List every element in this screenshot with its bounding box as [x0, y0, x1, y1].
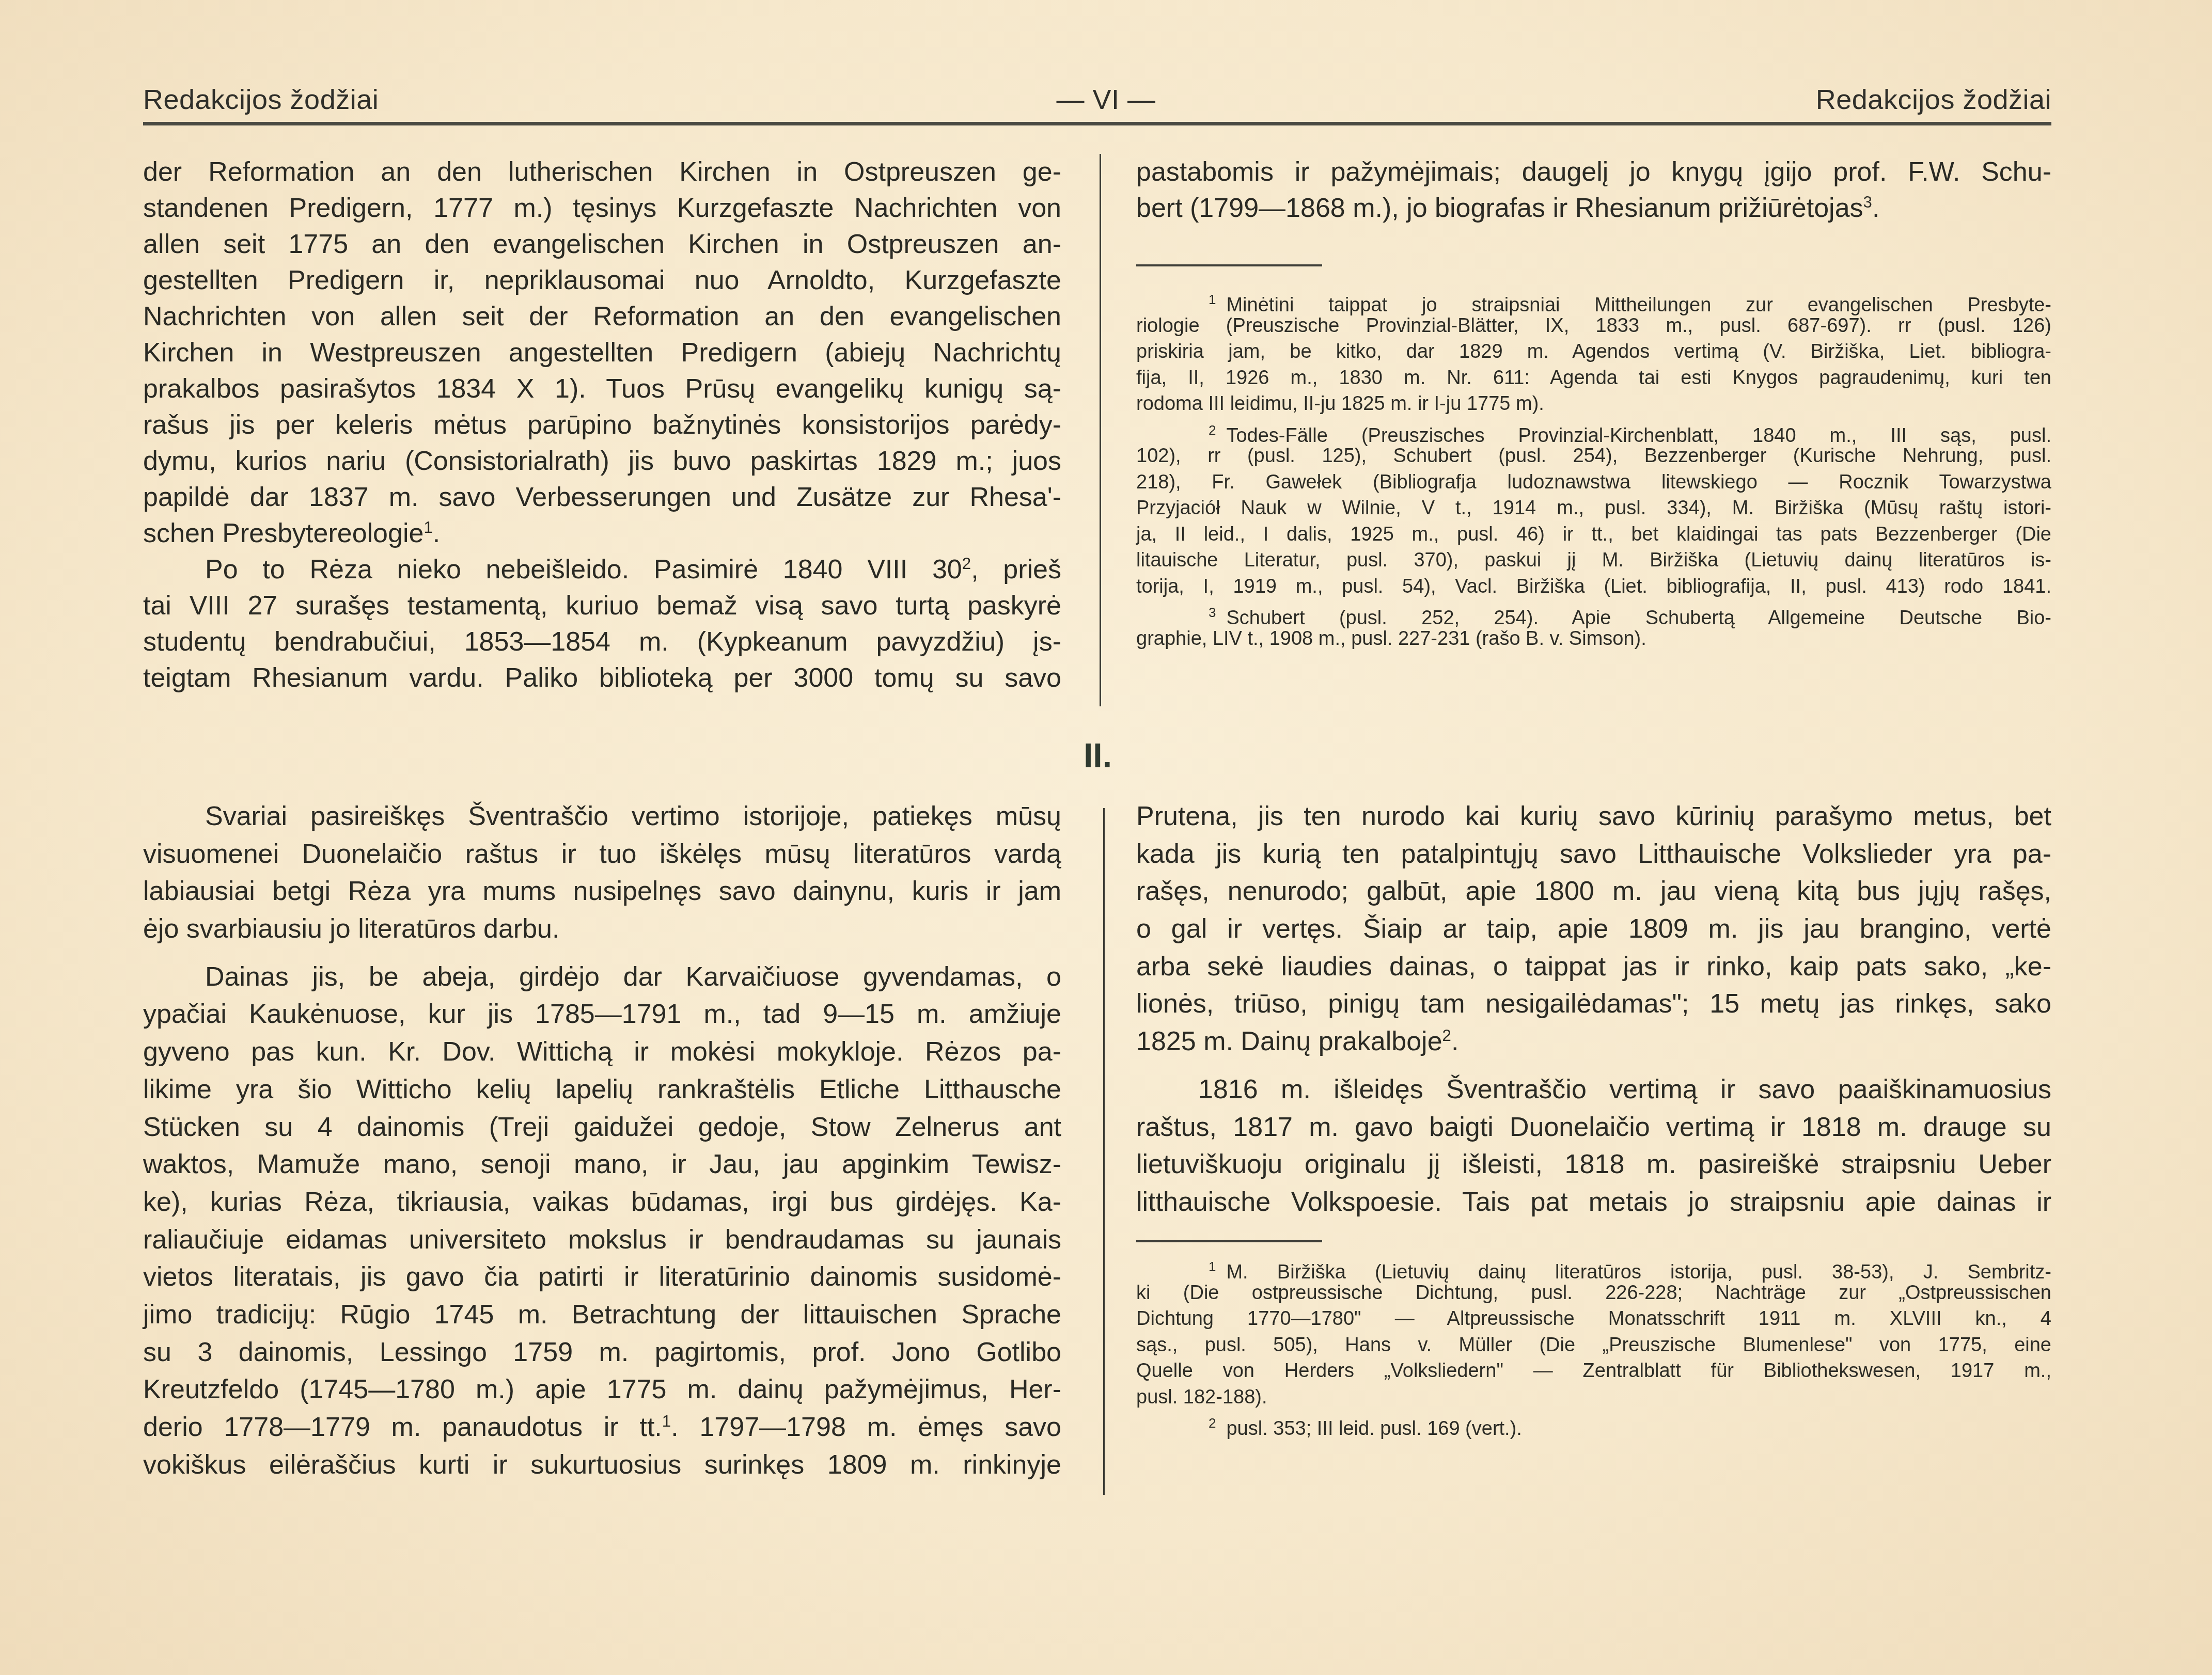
footnote-ref: 1 [423, 518, 432, 536]
footnote-rule-lower [1136, 1240, 1322, 1242]
text-line: su 3 dainomis, Lessingo 1759 m. pagirtom… [143, 1334, 1061, 1371]
text-line: 1825 m. Dainų prakalboje2. [1136, 1023, 2051, 1061]
footnote-ref: 2 [1442, 1026, 1451, 1045]
text-line: rašus jis per keleris mėtus parūpino baž… [143, 407, 1061, 443]
footnote-rule-upper [1136, 264, 1322, 266]
text-line: waktos, Mamuže mano, senoji mano, ir Jau… [143, 1146, 1061, 1183]
footnote-line: ki (Die ostpreussische Dichtung, pusl. 2… [1136, 1280, 2051, 1306]
footnote-line: Przyjaciół Nauk w Wilnie, V t., 1914 m.,… [1136, 495, 2051, 522]
header-rule [143, 122, 2051, 125]
footnote-line: sąs., pusl. 505), Hans v. Müller (Die „P… [1136, 1332, 2051, 1358]
text-line: prakalbos pasirašytos 1834 X 1). Tuos Pr… [143, 371, 1061, 407]
text-line: schen Presbytereologie1. [143, 515, 1061, 551]
text-line: Prutena, jis ten nurodo kai kurių savo k… [1136, 798, 2051, 835]
text-line: tai VIII 27 surašęs testamentą, kuriuo b… [143, 588, 1061, 624]
paragraph-gap [143, 948, 1061, 958]
text-line: Po to Rėza nieko nebeišleido. Pasimirė 1… [143, 551, 1061, 588]
column-divider-lower [1103, 808, 1105, 1495]
footnote-line: priskiria jam, be kitko, dar 1829 m. Age… [1136, 339, 2051, 365]
footnote-line: 102), rr (pusl. 125), Schubert (pusl. 25… [1136, 443, 2051, 469]
text-line: der Reformation an den lutherischen Kirc… [143, 154, 1061, 190]
footnote-number: 3 [1209, 605, 1216, 620]
upper-right-column: pastabomis ir pažymėjimais; daugelį jo k… [1136, 154, 2051, 226]
footnote-line: 218), Fr. Gawełek (Bibliografja ludoznaw… [1136, 469, 2051, 496]
text-line: ke), kurias Rėza, tikriausia, vaikas būd… [143, 1183, 1061, 1221]
column-divider-upper [1100, 154, 1101, 706]
text-line: allen seit 1775 an den evangelischen Kir… [143, 226, 1061, 262]
footnote-line: torija, I, 1919 m., pusl. 54), Vacl. Bir… [1136, 574, 2051, 600]
footnote-ref: 1 [662, 1412, 671, 1430]
footnote-number: 1 [1209, 1259, 1216, 1274]
footnote-line: Quelle von Herders „Volksliedern" — Zent… [1136, 1358, 2051, 1384]
text-line: jimo tradicijų: Rūgio 1745 m. Betrachtun… [143, 1296, 1061, 1334]
text-line: standenen Predigern, 1777 m.) tęsinys Ku… [143, 190, 1061, 226]
text-line: Kirchen in Westpreuszen angestellten Pre… [143, 335, 1061, 371]
text-line: Svariai pasireiškęs Šventraščio vertimo … [143, 798, 1061, 835]
text-line: litthauische Volkspoesie. Tais pat metai… [1136, 1183, 2051, 1221]
text-line: teigtam Rhesianum vardu. Paliko bibliote… [143, 660, 1061, 696]
footnote-line: riologie (Preuszische Provinzial-Blätter… [1136, 313, 2051, 339]
footnote-line: rodoma III leidimu, II-ju 1825 m. ir I-j… [1136, 391, 2051, 417]
upper-left-column: der Reformation an den lutherischen Kirc… [143, 154, 1061, 696]
text-line: arba sekė liaudies dainas, o taippat jas… [1136, 948, 2051, 986]
footnote-line: 3Schubert (pusl. 252, 254). Apie Schuber… [1136, 599, 2051, 626]
text-line: ypačiai Kaukėnuose, kur jis 1785—1791 m.… [143, 995, 1061, 1033]
text-line: Nachrichten von allen seit der Reformati… [143, 298, 1061, 335]
footnote-line: 2Todes-Fälle (Preuszisches Provinzial-Ki… [1136, 417, 2051, 444]
text-line: rašęs, nenurodo; galbūt, apie 1800 m. ja… [1136, 873, 2051, 910]
footnote-line: litauische Literatur, pusl. 370), paskui… [1136, 547, 2051, 574]
text-line: gestellten Predigern ir, nepriklausomai … [143, 262, 1061, 298]
text-line: Dainas jis, be abeja, girdėjo dar Karvai… [143, 958, 1061, 996]
text-line: vietos literatais, jis gavo čia patirti … [143, 1258, 1061, 1296]
section-number: II. [1084, 736, 1112, 775]
text-line: lionės, triūso, pinigų tam nesigailėdama… [1136, 985, 2051, 1023]
text-line: dymu, kurios nariu (Consistorialrath) ji… [143, 443, 1061, 479]
footnote-number: 2 [1209, 422, 1216, 438]
text-line: Stücken su 4 dainomis (Treji gaidužei ge… [143, 1109, 1061, 1146]
footnote-number: 2 [1209, 1415, 1216, 1431]
text-line: visuomenei Duonelaičio raštus ir tuo išk… [143, 835, 1061, 873]
running-header-right: Redakcijos žodžiai [1816, 84, 2051, 116]
text-line: vokiškus eilėraščius kurti ir sukurtuosi… [143, 1446, 1061, 1484]
footnote-number: 1 [1209, 292, 1216, 307]
lower-footnotes: 1M. Biržiška (Lietuvių dainų literatūros… [1136, 1254, 2051, 1436]
footnote-line: ja, II leid., I dalis, 1925 m., pusl. 46… [1136, 522, 2051, 548]
text-line: pastabomis ir pažymėjimais; daugelį jo k… [1136, 154, 2051, 190]
upper-footnotes: 1Minėtini taippat jo straipsniai Mitthei… [1136, 287, 2051, 652]
footnote-ref: 3 [1863, 193, 1872, 211]
paragraph-gap [1136, 1061, 2051, 1071]
text-line: ėjo svarbiausiu jo literatūros darbu. [143, 910, 1061, 948]
text-line: studentų bendrabučiui, 1853—1854 m. (Kyp… [143, 624, 1061, 660]
footnote-ref: 2 [962, 555, 971, 573]
text-line: lietuviškuoju originalu jį išleisti, 181… [1136, 1146, 2051, 1183]
text-line: derio 1778—1779 m. panaudotus ir tt.1. 1… [143, 1409, 1061, 1446]
lower-right-column: Prutena, jis ten nurodo kai kurių savo k… [1136, 798, 2051, 1221]
footnote-line: fija, II, 1926 m., 1830 m. Nr. 611: Agen… [1136, 365, 2051, 391]
footnote-line: Dichtung 1770—1780" — Altpreussische Mon… [1136, 1306, 2051, 1332]
text-line: labiausiai betgi Rėza yra mums nusipelnę… [143, 873, 1061, 910]
text-line: o gal ir vertęs. Šiaip ar taip, apie 180… [1136, 910, 2051, 948]
text-line: kada jis kurią ten patalpintųjų savo Lit… [1136, 835, 2051, 873]
text-line: bert (1799—1868 m.), jo biografas ir Rhe… [1136, 190, 2051, 226]
footnote-line: 2pusl. 353; III leid. pusl. 169 (vert.). [1136, 1410, 2051, 1436]
footnote-line: pusl. 182-188). [1136, 1384, 2051, 1411]
text-line: raštus, 1817 m. gavo baigti Duonelaičio … [1136, 1109, 2051, 1146]
text-line: likime yra šio Witticho kelių lapelių ra… [143, 1071, 1061, 1109]
text-line: Kreutzfeldo (1745—1780 m.) apie 1775 m. … [143, 1371, 1061, 1409]
text-line: 1816 m. išleidęs Šventraščio vertimą ir … [1136, 1071, 2051, 1109]
text-line: raliaučiuje eidamas universiteto mokslus… [143, 1221, 1061, 1259]
lower-left-column: Svariai pasireiškęs Šventraščio vertimo … [143, 798, 1061, 1483]
footnote-line: 1M. Biržiška (Lietuvių dainų literatūros… [1136, 1254, 2051, 1280]
footnote-line: 1Minėtini taippat jo straipsniai Mitthei… [1136, 287, 2051, 313]
text-line: papildė dar 1837 m. savo Verbesserungen … [143, 479, 1061, 515]
footnote-line: graphie, LIV t., 1908 m., pusl. 227-231 … [1136, 626, 2051, 652]
text-line: gyveno pas kun. Kr. Dov. Wittichą ir mok… [143, 1033, 1061, 1071]
